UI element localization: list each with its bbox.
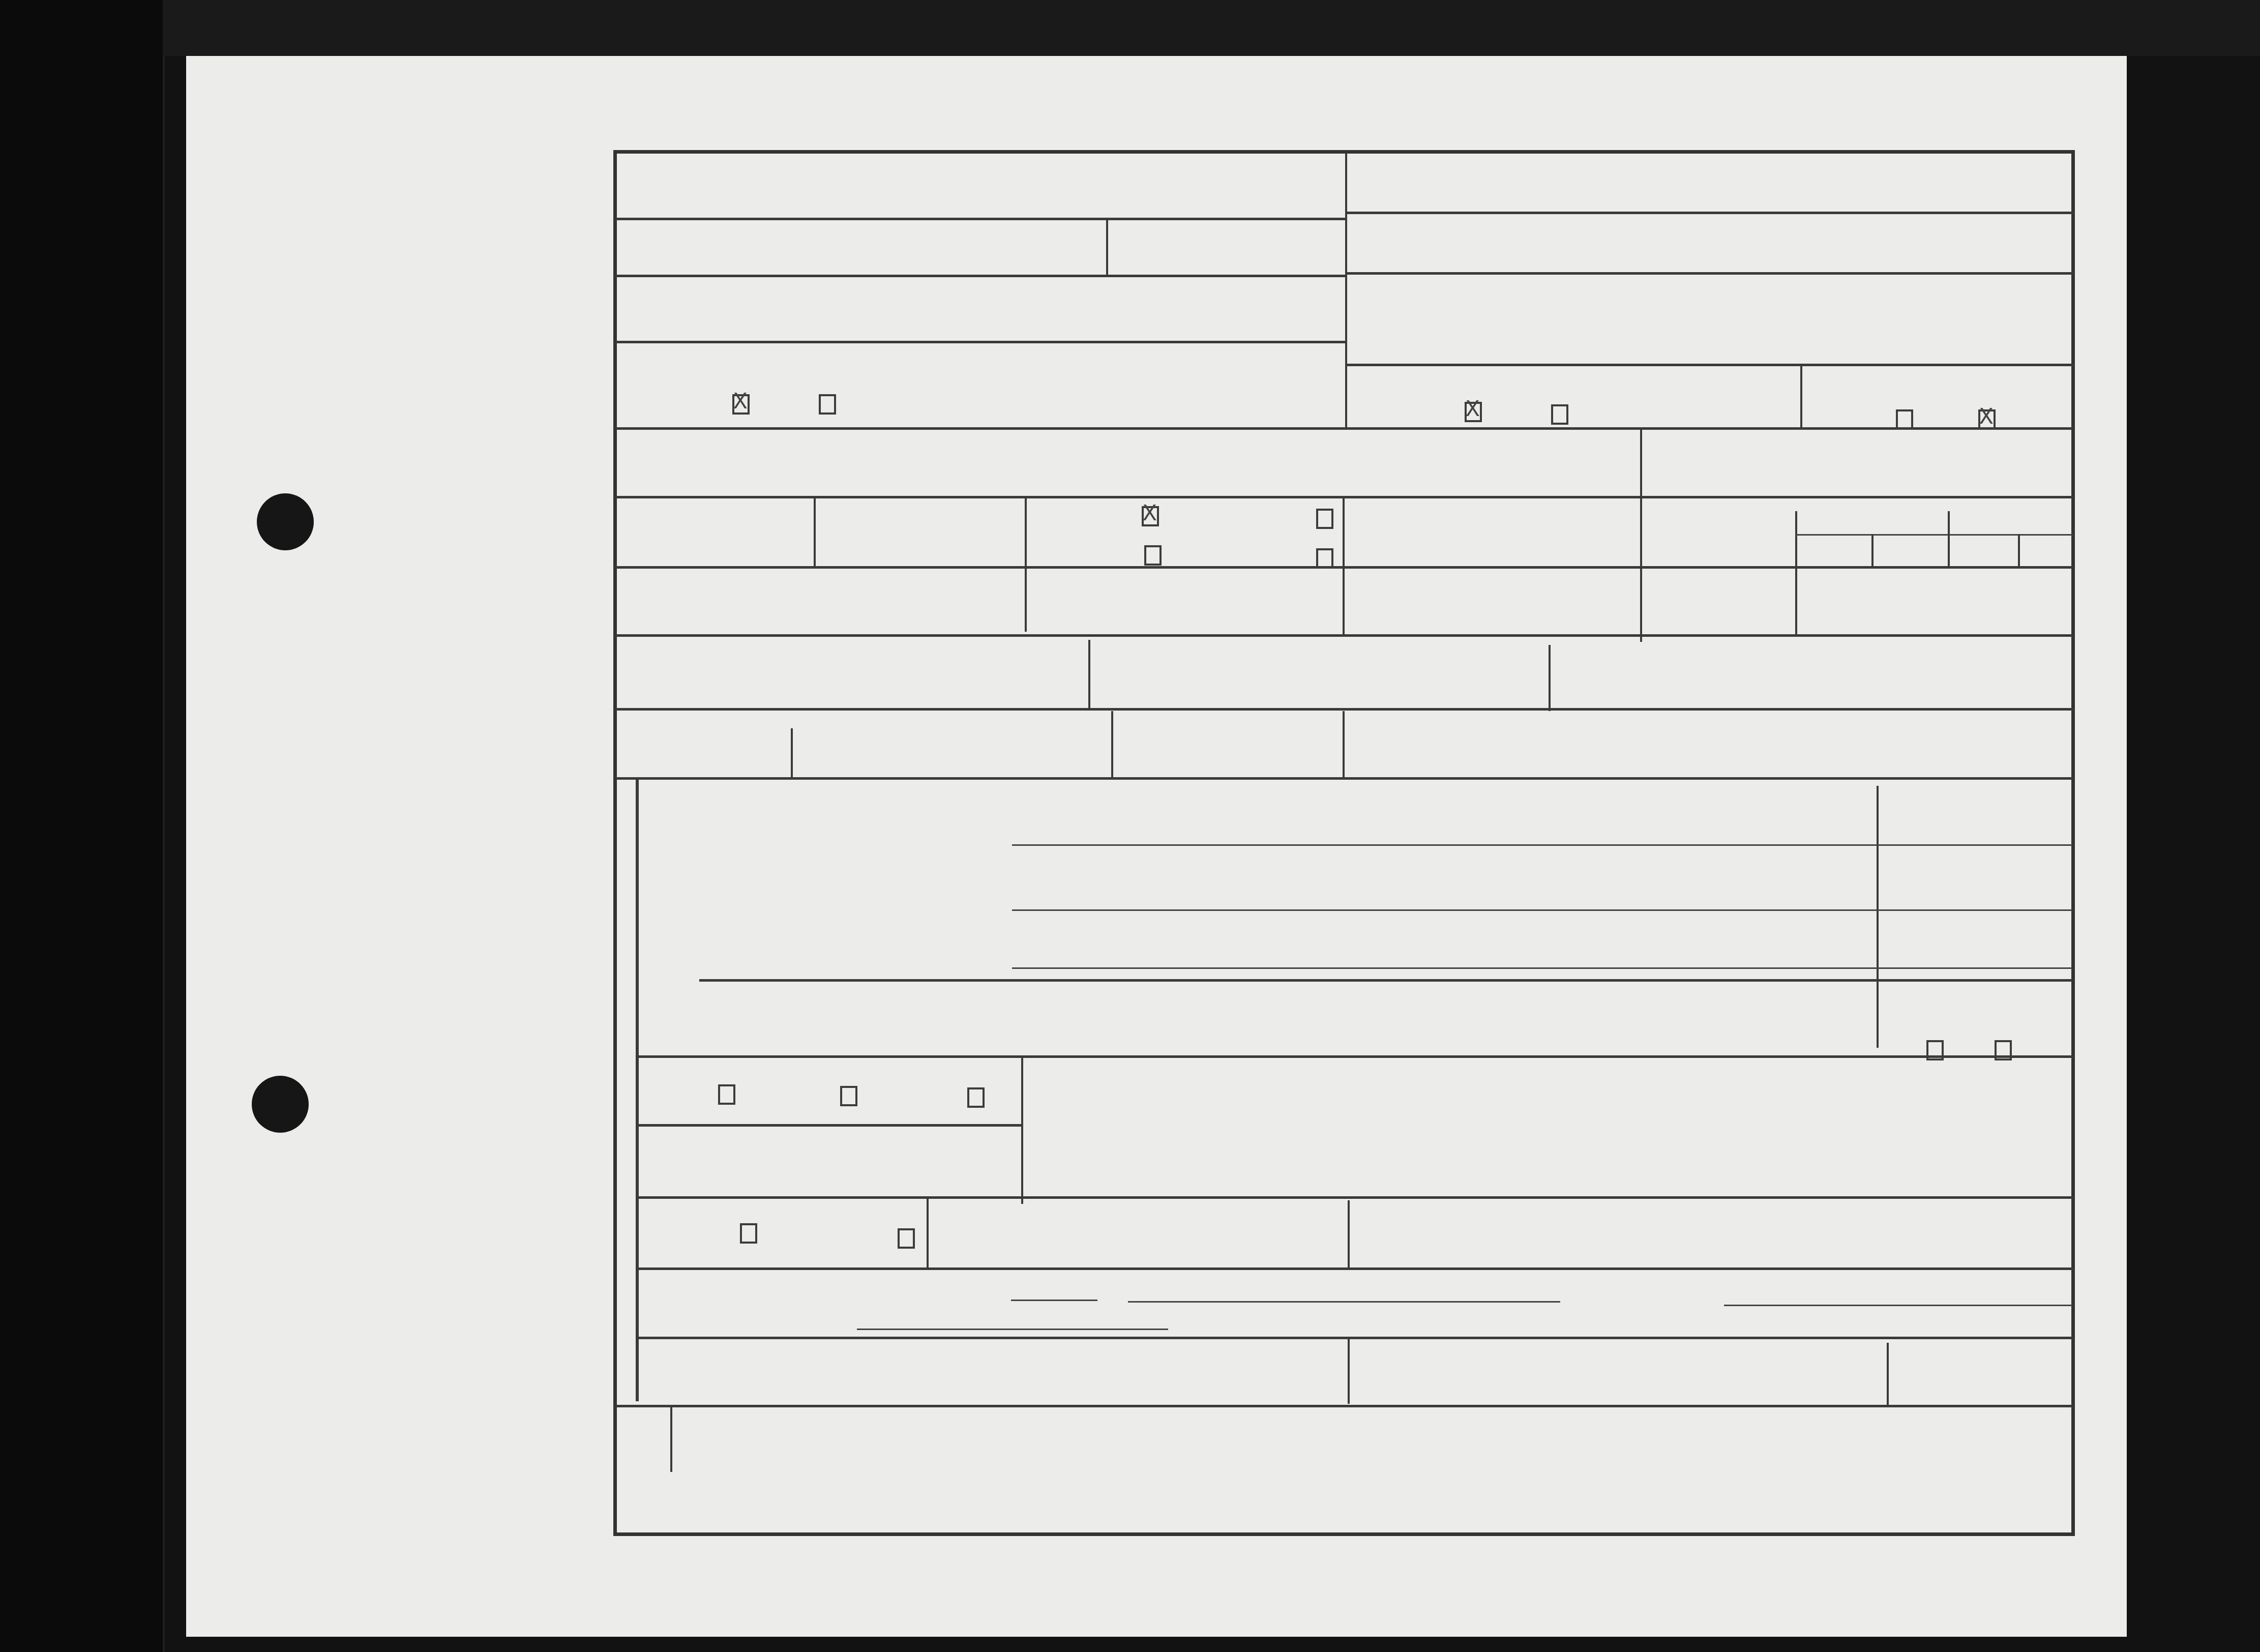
while-at-work-checkbox[interactable] bbox=[740, 1223, 757, 1244]
death-time-line bbox=[857, 1329, 1168, 1330]
divider bbox=[1795, 567, 1797, 636]
divider bbox=[1795, 534, 2073, 536]
certificate-form bbox=[613, 150, 2075, 1536]
divider bbox=[1111, 711, 1113, 778]
divider bbox=[1871, 534, 1874, 567]
divider bbox=[615, 634, 2073, 637]
divider bbox=[1877, 844, 2072, 846]
alive-on-line bbox=[1724, 1305, 2072, 1306]
divider bbox=[1345, 153, 1347, 430]
divider bbox=[615, 275, 1346, 277]
cause-line-a bbox=[1012, 844, 1877, 846]
death-inside-limits-yes-checkbox[interactable] bbox=[732, 394, 750, 415]
divider bbox=[637, 1337, 2073, 1339]
divider bbox=[791, 728, 793, 778]
res-inside-limits-yes-checkbox[interactable] bbox=[1465, 402, 1482, 422]
divider bbox=[1345, 364, 2073, 366]
divider bbox=[615, 427, 2073, 430]
divider bbox=[615, 218, 1346, 220]
attended-to-line bbox=[1128, 1301, 1560, 1303]
widowed-checkbox[interactable] bbox=[1144, 545, 1162, 566]
scan-film-edge bbox=[0, 0, 165, 1652]
divider bbox=[927, 1198, 929, 1269]
divider bbox=[615, 708, 2073, 711]
divider bbox=[1640, 428, 1642, 642]
res-inside-limits-no-checkbox[interactable] bbox=[1551, 404, 1568, 425]
divider bbox=[699, 979, 2072, 982]
divider bbox=[1877, 786, 1879, 1048]
divider bbox=[1800, 365, 1802, 428]
homicide-checkbox[interactable] bbox=[967, 1087, 985, 1108]
never-married-checkbox[interactable] bbox=[1316, 509, 1333, 529]
death-inside-limits-no-checkbox[interactable] bbox=[819, 394, 836, 415]
divider bbox=[1887, 1343, 1889, 1406]
divider bbox=[1088, 640, 1090, 709]
divider bbox=[1345, 212, 2073, 214]
divider bbox=[814, 497, 816, 566]
divider bbox=[1948, 511, 1950, 567]
divider bbox=[615, 1405, 2073, 1407]
farm-yes-checkbox[interactable] bbox=[1896, 409, 1913, 430]
divider bbox=[1021, 1056, 1023, 1204]
attended-from-line bbox=[1011, 1300, 1097, 1301]
married-checkbox[interactable] bbox=[1142, 506, 1159, 526]
not-while-at-work-checkbox[interactable] bbox=[898, 1228, 915, 1249]
scan-top-edge bbox=[163, 0, 2260, 56]
divider bbox=[1549, 645, 1551, 711]
divider bbox=[637, 1267, 2073, 1270]
divider bbox=[637, 1196, 2073, 1199]
suicide-checkbox[interactable] bbox=[840, 1086, 857, 1106]
divider bbox=[615, 341, 1346, 343]
cause-line-c bbox=[1012, 967, 2072, 969]
cause-line-b bbox=[1012, 909, 2072, 911]
divider bbox=[1025, 497, 1027, 632]
farm-no-checkbox[interactable] bbox=[1978, 409, 1996, 430]
divider bbox=[1348, 1338, 1350, 1404]
divider bbox=[1343, 497, 1345, 634]
divorced-checkbox[interactable] bbox=[1316, 548, 1333, 569]
divider bbox=[636, 778, 639, 1401]
divider bbox=[1348, 1200, 1350, 1269]
divider bbox=[1343, 711, 1345, 778]
divider bbox=[670, 1406, 672, 1472]
divider bbox=[2018, 534, 2020, 567]
divider bbox=[637, 1055, 2073, 1058]
hole-punch bbox=[252, 1076, 309, 1133]
divider bbox=[1345, 272, 2073, 275]
divider bbox=[637, 1124, 1021, 1127]
divider bbox=[1106, 219, 1108, 276]
hole-punch bbox=[257, 493, 314, 550]
accident-checkbox[interactable] bbox=[718, 1084, 735, 1105]
